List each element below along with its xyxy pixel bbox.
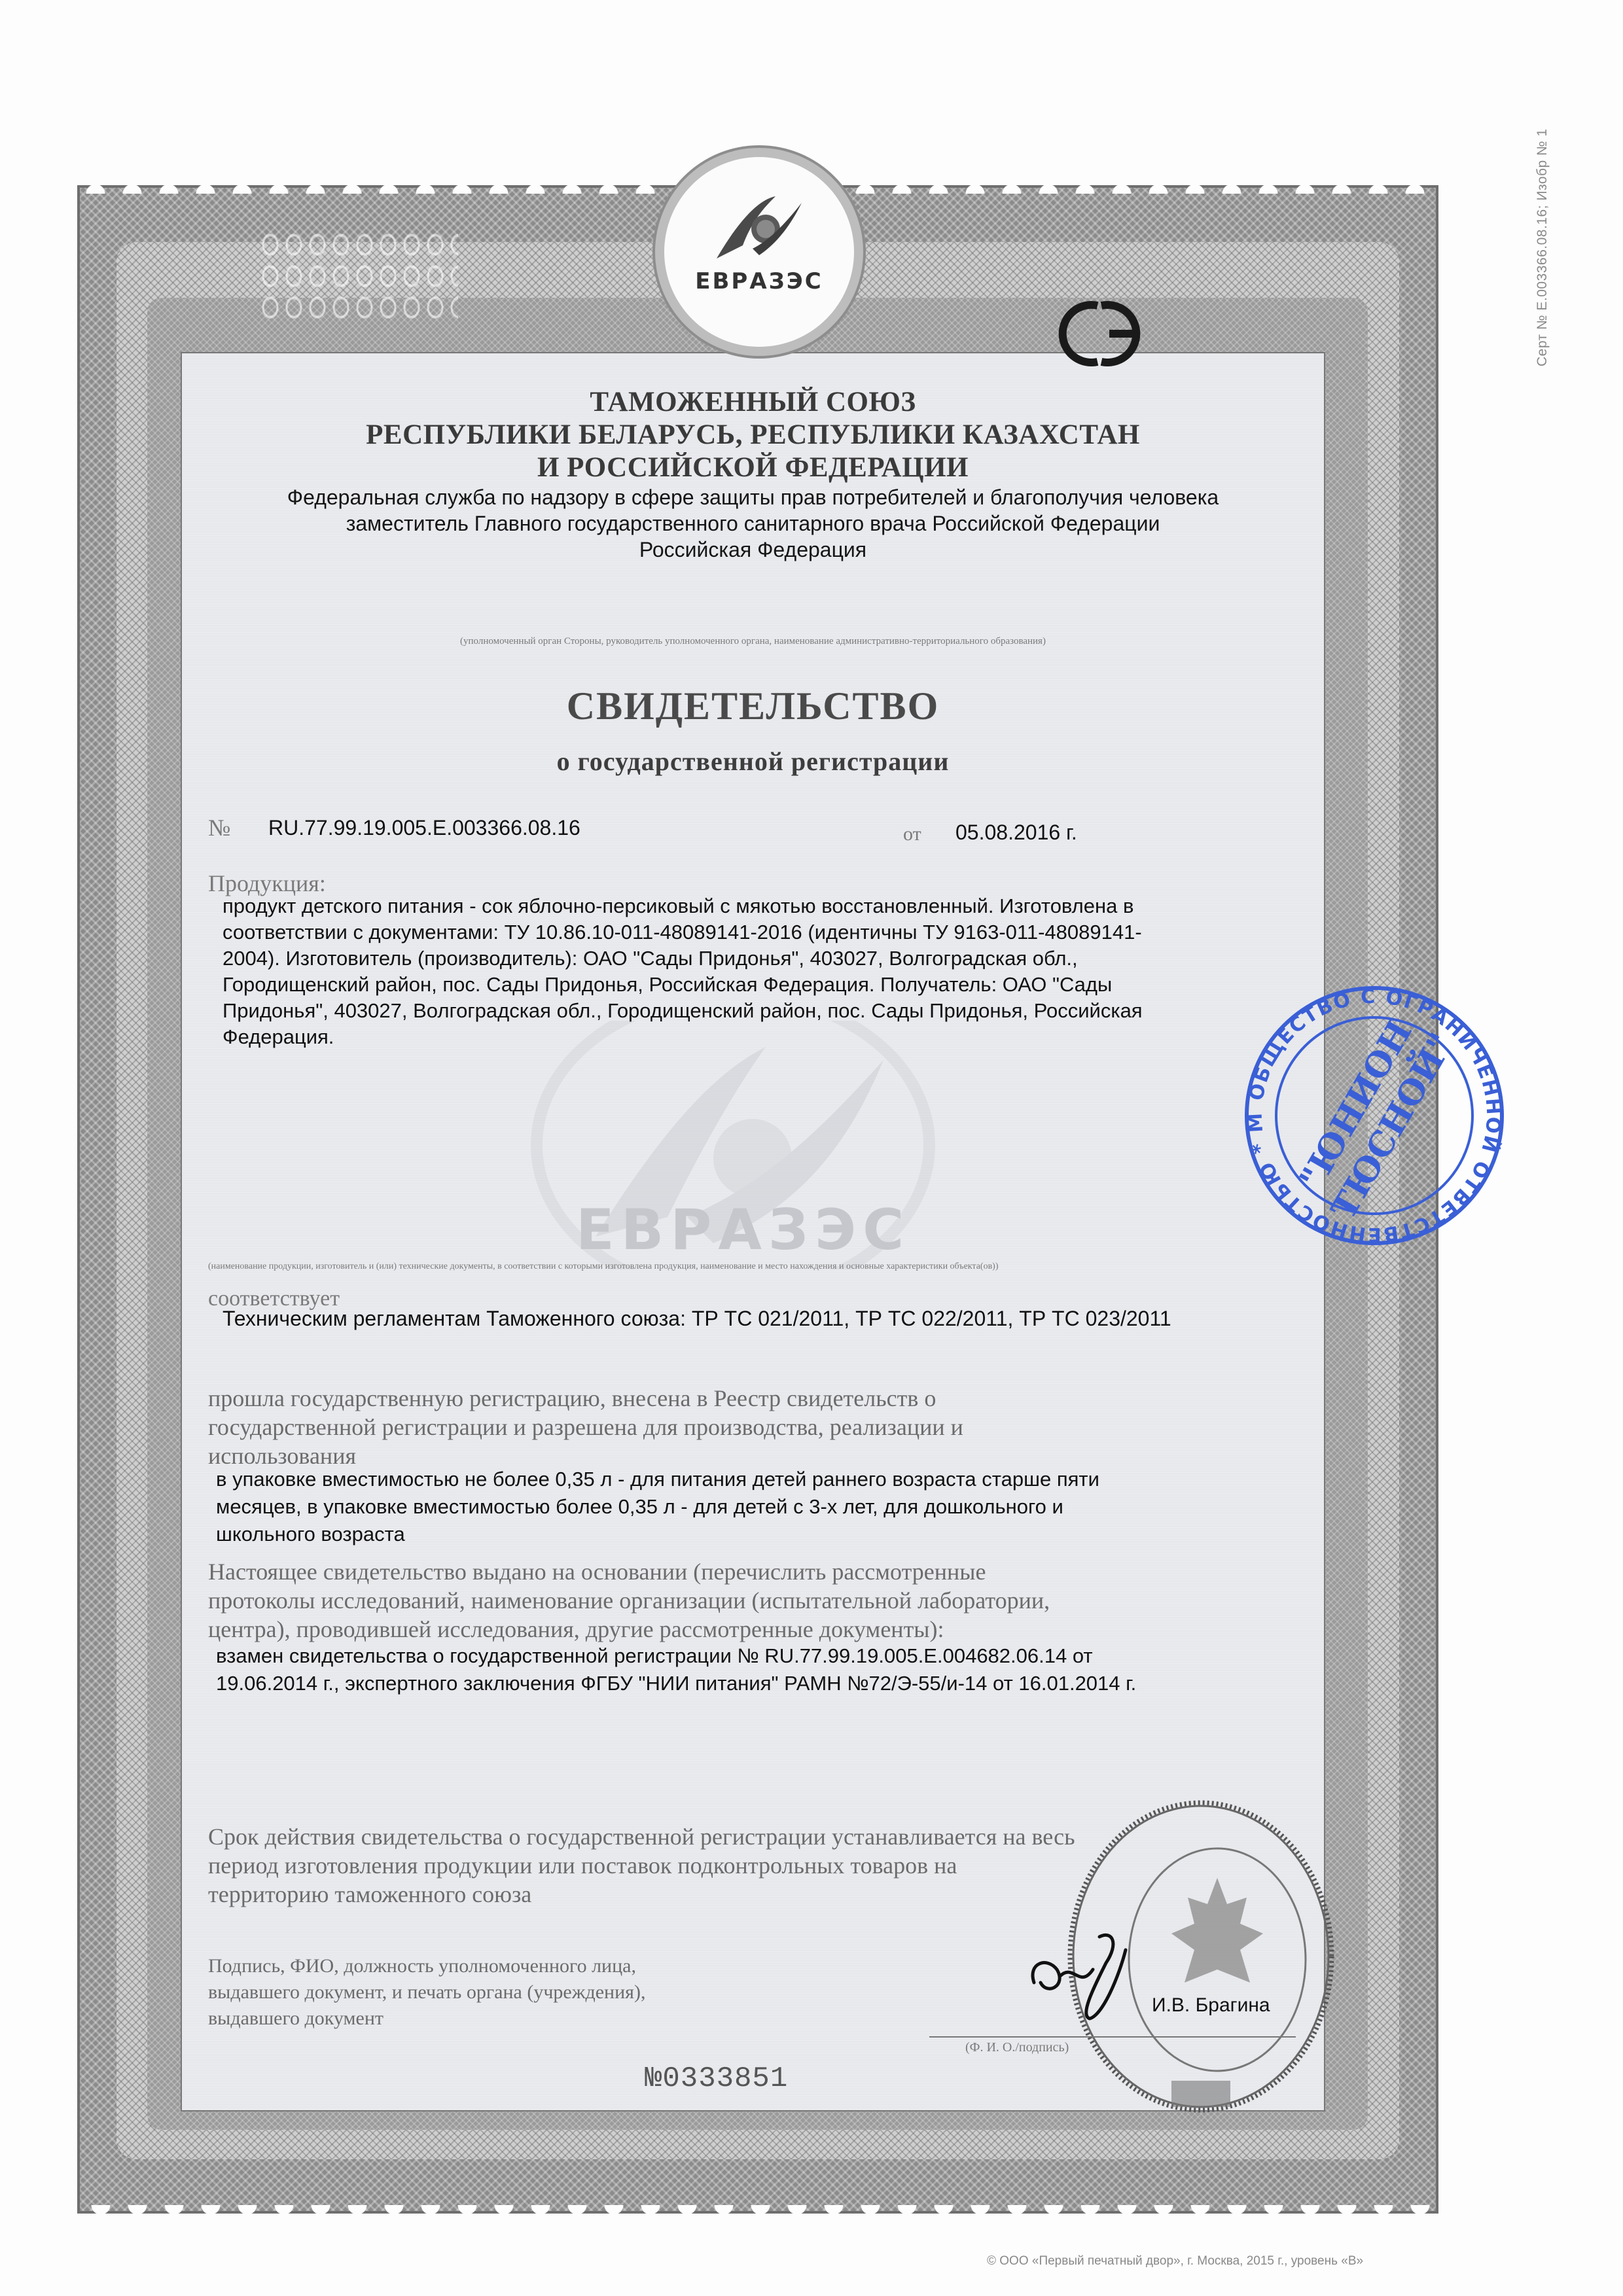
company-seal-stamp: ОБЩЕСТВО С ОГРАНИЧЕННОЙ ОТВЕТСТВЕННОСТЬЮ… xyxy=(1240,981,1508,1250)
agency-caption: (уполномоченный орган Стороны, руководит… xyxy=(182,636,1324,647)
blank-serial-number: №0333851 xyxy=(645,2062,788,2095)
registration-number: RU.77.99.19.005.E.003366.08.16 xyxy=(268,815,580,841)
printer-note: © ООО «Первый печатный двор», г. Москва,… xyxy=(987,2254,1363,2269)
statement-line: государственной регистрации и разрешена … xyxy=(208,1413,1327,1441)
number-label: № xyxy=(208,815,230,841)
emblem-label: ЕВРАЗЭС xyxy=(664,268,854,294)
customs-union-header: ТАМОЖЕННЫЙ СОЮЗ РЕСПУБЛИКИ БЕЛАРУСЬ, РЕС… xyxy=(182,386,1324,484)
basis-statement: Настоящее свидетельство выдано на основа… xyxy=(208,1557,1327,1644)
basis-documents: взамен свидетельства о государственной р… xyxy=(216,1642,1342,1697)
eurasec-logo-icon xyxy=(713,193,805,265)
document-title: СВИДЕТЕЛЬСТВО xyxy=(182,684,1324,729)
union-line: ТАМОЖЕННЫЙ СОЮЗ xyxy=(182,386,1324,419)
watermark-label: ЕВРАЗЭС xyxy=(576,1197,910,1263)
agency-line: Федеральная служба по надзору в сфере за… xyxy=(182,484,1324,510)
basis-document-line: 19.06.2014 г., экспертного заключения ФГ… xyxy=(216,1670,1342,1697)
registration-statement: прошла государственную регистрацию, внес… xyxy=(208,1384,1327,1470)
eac-conformity-mark-icon xyxy=(1050,291,1149,376)
usage-line: в упаковке вместимостью не более 0,35 л … xyxy=(216,1466,1329,1493)
usage-line: школьного возраста xyxy=(216,1521,1329,1548)
signature-caption: Подпись, ФИО, должность уполномоченного … xyxy=(208,1953,797,2032)
product-line: Городищенский район, пос. Сады Придонья,… xyxy=(223,972,1335,998)
usage-line: месяцев, в упаковке вместимостью более 0… xyxy=(216,1493,1329,1521)
union-line: И РОССИЙСКОЙ ФЕДЕРАЦИИ xyxy=(182,451,1324,484)
signature-line xyxy=(929,2036,1296,2038)
issuing-agency: Федеральная служба по надзору в сфере за… xyxy=(182,484,1324,563)
signature-line-caption: (Ф. И. О./подпись) xyxy=(965,2040,1069,2055)
eurasec-emblem: ЕВРАЗЭС xyxy=(664,157,854,347)
signer-name: И.В. Брагина xyxy=(1152,1992,1270,2019)
date-label: от xyxy=(903,821,921,847)
basis-line: Настоящее свидетельство выдано на основа… xyxy=(208,1557,1327,1586)
product-line: продукт детского питания - сок яблочно-п… xyxy=(223,893,1335,919)
side-note: Серт № E.003366.08.16; Изобр № 1 xyxy=(1535,128,1550,366)
signature-caption-line: выдавшего документ xyxy=(208,2005,797,2032)
technical-regulations: Техническим регламентам Таможенного союз… xyxy=(223,1305,1171,1332)
registration-date: 05.08.2016 г. xyxy=(955,819,1077,845)
basis-line: протоколы исследований, наименование орг… xyxy=(208,1586,1327,1615)
product-caption: (наименование продукции, изготовитель и … xyxy=(208,1262,1321,1272)
signature-caption-line: Подпись, ФИО, должность уполномоченного … xyxy=(208,1953,797,1979)
product-label: Продукция: xyxy=(208,870,326,896)
signature-caption-line: выдавшего документ, и печать органа (учр… xyxy=(208,1979,797,2005)
union-line: РЕСПУБЛИКИ БЕЛАРУСЬ, РЕСПУБЛИКИ КАЗАХСТА… xyxy=(182,419,1324,451)
document-subtitle: о государственной регистрации xyxy=(182,746,1324,777)
border-scallop-bottom xyxy=(77,2205,1438,2223)
security-pattern-patch xyxy=(259,229,458,327)
product-line: Придонья", 403027, Волгоградская обл., Г… xyxy=(223,998,1335,1024)
product-line: 2004). Изготовитель (производитель): ОАО… xyxy=(223,945,1335,972)
product-line: соответствии с документами: ТУ 10.86.10-… xyxy=(223,919,1335,945)
basis-document-line: взамен свидетельства о государственной р… xyxy=(216,1642,1342,1670)
basis-line: центра), проводившей исследования, други… xyxy=(208,1615,1327,1644)
agency-line: заместитель Главного государственного са… xyxy=(182,510,1324,537)
statement-line: прошла государственную регистрацию, внес… xyxy=(208,1384,1327,1413)
usage-conditions: в упаковке вместимостью не более 0,35 л … xyxy=(216,1466,1329,1548)
signature-mark xyxy=(1021,1924,1152,2022)
agency-line: Российская Федерация xyxy=(182,537,1324,563)
